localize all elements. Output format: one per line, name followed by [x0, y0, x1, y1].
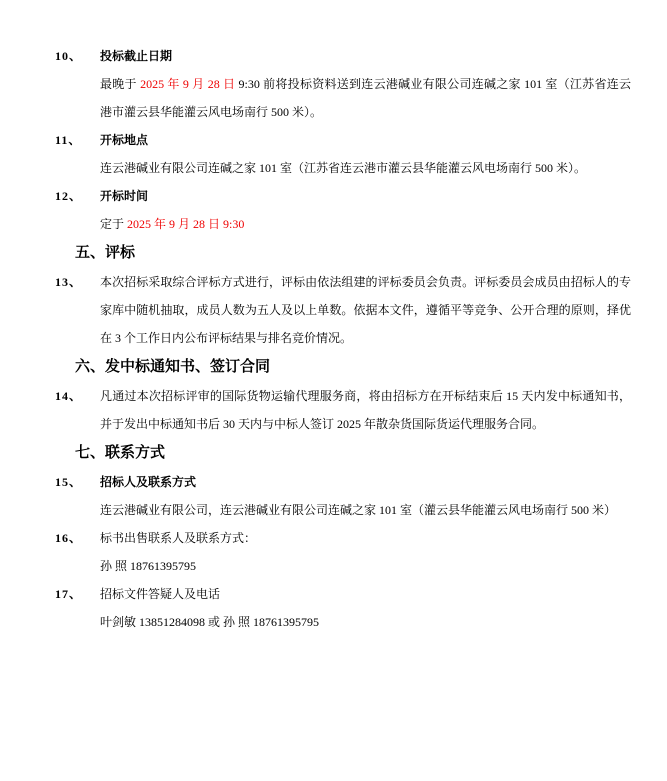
item-16-heading: 16、 标书出售联系人及联系方式： — [55, 524, 631, 552]
item-16-body: 孙 照 18761395795 — [100, 552, 631, 580]
item-13-paragraph: 本次招标采取综合评标方式进行，评标由依法组建的评标委员会负责。评标委员会成员由招… — [100, 268, 631, 352]
section-heading-contact-info: 七、联系方式 — [75, 438, 631, 468]
item-17-title: 招标文件答疑人及电话 — [100, 580, 220, 608]
item-11-body: 连云港碱业有限公司连碱之家 101 室（江苏省连云港市灌云县华能灌云风电场南行 … — [100, 154, 631, 182]
item-17-body: 叶剑敏 13851284098 或 孙 照 18761395795 — [100, 608, 631, 636]
section-heading-award-notice-contract: 六、发中标通知书、签订合同 — [75, 352, 631, 382]
item-12-number: 12、 — [55, 182, 100, 210]
item-16-number: 16、 — [55, 524, 100, 552]
item-16-title: 标书出售联系人及联系方式： — [100, 524, 256, 552]
item-15-heading: 15、 招标人及联系方式 — [55, 468, 631, 496]
item-13: 13、 本次招标采取综合评标方式进行，评标由依法组建的评标委员会负责。评标委员会… — [55, 268, 631, 352]
item-14-paragraph: 凡通过本次招标评审的国际货物运输代理服务商，将由招标方在开标结束后 15 天内发… — [100, 382, 631, 438]
item-11-title: 开标地点 — [100, 126, 148, 154]
item-12-body: 定于 2025 年 9 月 28 日 9:30 — [100, 210, 631, 238]
item-13-number: 13、 — [55, 268, 100, 296]
section-heading-evaluation: 五、评标 — [75, 238, 631, 268]
item-15-title: 招标人及联系方式 — [100, 468, 196, 496]
document-page: 10、 投标截止日期 最晚于 2025 年 9 月 28 日 9:30 前将投标… — [0, 0, 667, 781]
bid-opening-datetime: 2025 年 9 月 28 日 9:30 — [127, 217, 244, 231]
item-10-heading: 10、 投标截止日期 — [55, 42, 631, 70]
item-10-number: 10、 — [55, 42, 100, 70]
item-12-heading: 12、 开标时间 — [55, 182, 631, 210]
item-10-text-run: 最晚于 — [100, 77, 140, 91]
item-17-number: 17、 — [55, 580, 100, 608]
item-12-title: 开标时间 — [100, 182, 148, 210]
item-15-body: 连云港碱业有限公司，连云港碱业有限公司连碱之家 101 室（灌云县华能灌云风电场… — [100, 496, 631, 524]
item-10-body: 最晚于 2025 年 9 月 28 日 9:30 前将投标资料送到连云港碱业有限… — [100, 70, 631, 126]
item-11-heading: 11、 开标地点 — [55, 126, 631, 154]
item-12-text-run: 定于 — [100, 217, 127, 231]
item-15-number: 15、 — [55, 468, 100, 496]
item-14: 14、 凡通过本次招标评审的国际货物运输代理服务商，将由招标方在开标结束后 15… — [55, 382, 631, 438]
item-14-number: 14、 — [55, 382, 100, 410]
item-17-heading: 17、 招标文件答疑人及电话 — [55, 580, 631, 608]
item-11-number: 11、 — [55, 126, 100, 154]
bid-deadline-date: 2025 年 9 月 28 日 — [140, 77, 235, 91]
item-10-title: 投标截止日期 — [100, 42, 172, 70]
